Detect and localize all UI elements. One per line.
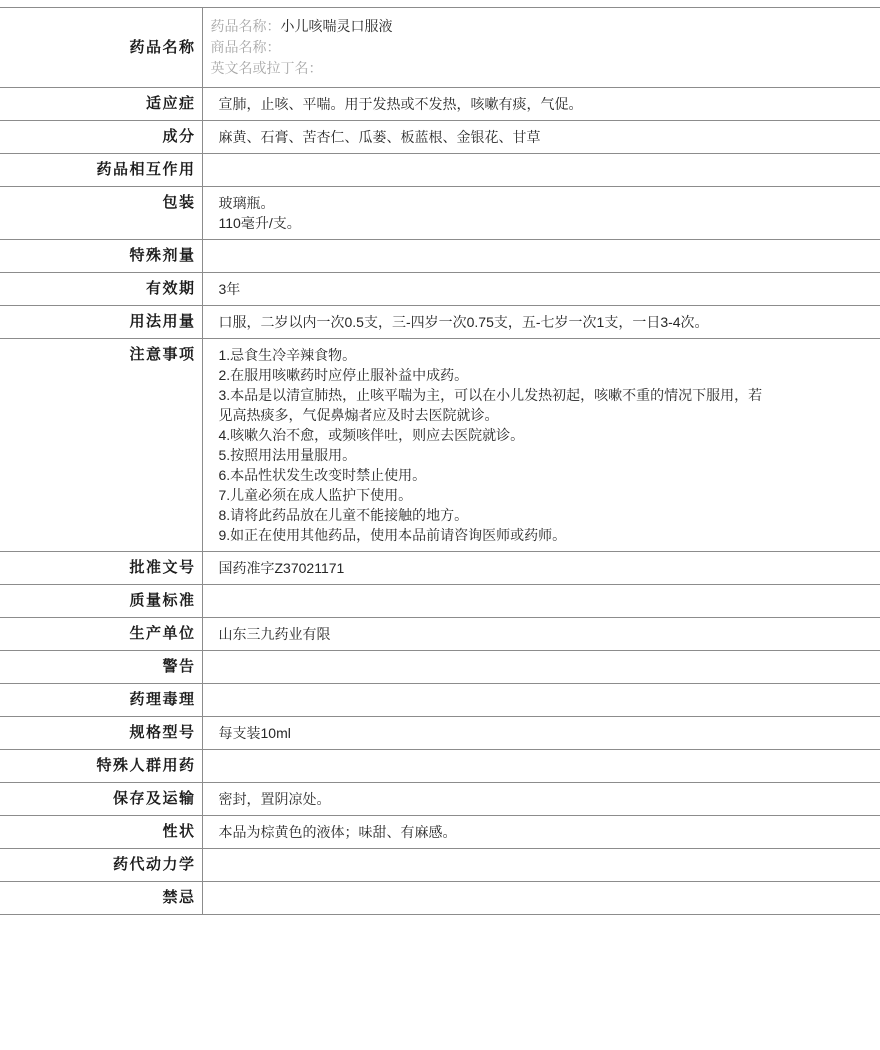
row-value: 玻璃瓶。110毫升/支。 (202, 187, 880, 240)
table-row: 规格型号 每支装10ml (0, 717, 880, 750)
row-label: 性状 (0, 816, 202, 849)
row-value-line: 3.本品是以清宣肺热，止咳平喘为主，可以在小儿发热初起，咳嗽不重的情况下服用，若… (219, 385, 764, 425)
drug-name-field-line: 英文名或拉丁名： (211, 58, 756, 79)
row-value (202, 240, 880, 273)
row-value-line: 6.本品性状发生改变时禁止使用。 (219, 465, 764, 485)
drug-info-table: 药品名称 药品名称：小儿咳喘灵口服液商品名称：英文名或拉丁名： 适应症 宣肺，止… (0, 7, 880, 915)
row-value: 麻黄、石膏、苦杏仁、瓜蒌、板蓝根、金银花、甘草 (202, 121, 880, 154)
row-value: 密封，置阴凉处。 (202, 783, 880, 816)
row-label: 特殊人群用药 (0, 750, 202, 783)
row-value-line: 5.按照用法用量服用。 (219, 445, 764, 465)
row-value-line: 口服，二岁以内一次0.5支，三-四岁一次0.75支，五-七岁一次1支，一日3-4… (219, 312, 764, 332)
table-row: 注意事项 1.忌食生冷辛辣食物。2.在服用咳嗽药时应停止服补益中成药。3.本品是… (0, 339, 880, 552)
row-value-line: 麻黄、石膏、苦杏仁、瓜蒌、板蓝根、金银花、甘草 (219, 127, 764, 147)
row-value: 1.忌食生冷辛辣食物。2.在服用咳嗽药时应停止服补益中成药。3.本品是以清宣肺热… (202, 339, 880, 552)
field-key: 药品名称： (211, 18, 281, 34)
row-value-line: 8.请将此药品放在儿童不能接触的地方。 (219, 505, 764, 525)
row-label: 保存及运输 (0, 783, 202, 816)
field-value: 小儿咳喘灵口服液 (281, 18, 393, 34)
field-key: 英文名或拉丁名： (211, 60, 323, 76)
drug-name-field-line: 商品名称： (211, 37, 756, 58)
row-value-line: 110毫升/支。 (219, 213, 764, 233)
row-value (202, 684, 880, 717)
row-label: 规格型号 (0, 717, 202, 750)
row-value-line: 每支装10ml (219, 723, 764, 743)
row-value-line: 本品为棕黄色的液体；味甜、有麻感。 (219, 822, 764, 842)
table-row: 特殊人群用药 (0, 750, 880, 783)
table-row: 药代动力学 (0, 849, 880, 882)
row-value (202, 154, 880, 187)
row-label: 用法用量 (0, 306, 202, 339)
row-value-line: 9.如正在使用其他药品，使用本品前请咨询医师或药师。 (219, 525, 764, 545)
row-value (202, 585, 880, 618)
row-label: 注意事项 (0, 339, 202, 552)
table-row-drug-name: 药品名称 药品名称：小儿咳喘灵口服液商品名称：英文名或拉丁名： (0, 8, 880, 88)
row-label: 包装 (0, 187, 202, 240)
table-row: 质量标准 (0, 585, 880, 618)
row-value-line: 宣肺，止咳、平喘。用于发热或不发热，咳嗽有痰，气促。 (219, 94, 764, 114)
table-row: 生产单位 山东三九药业有限 (0, 618, 880, 651)
row-label: 生产单位 (0, 618, 202, 651)
drug-info-page: 药品名称 药品名称：小儿咳喘灵口服液商品名称：英文名或拉丁名： 适应症 宣肺，止… (0, 0, 880, 1050)
row-value-line: 国药准字Z37021171 (219, 558, 764, 578)
row-value: 本品为棕黄色的液体；味甜、有麻感。 (202, 816, 880, 849)
row-value: 山东三九药业有限 (202, 618, 880, 651)
row-label: 禁忌 (0, 882, 202, 915)
table-row: 有效期 3年 (0, 273, 880, 306)
row-value-line: 山东三九药业有限 (219, 624, 764, 644)
row-value-line: 玻璃瓶。 (219, 193, 764, 213)
row-label: 药理毒理 (0, 684, 202, 717)
table-row: 药品相互作用 (0, 154, 880, 187)
row-label: 药代动力学 (0, 849, 202, 882)
row-label: 质量标准 (0, 585, 202, 618)
field-key: 商品名称： (211, 39, 281, 55)
row-value: 3年 (202, 273, 880, 306)
row-value-line: 4.咳嗽久治不愈，或频咳伴吐，则应去医院就诊。 (219, 425, 764, 445)
table-row: 警告 (0, 651, 880, 684)
row-label: 特殊剂量 (0, 240, 202, 273)
row-value: 国药准字Z37021171 (202, 552, 880, 585)
row-label: 警告 (0, 651, 202, 684)
table-row: 特殊剂量 (0, 240, 880, 273)
row-value: 每支装10ml (202, 717, 880, 750)
row-label: 批准文号 (0, 552, 202, 585)
row-value-drug-name: 药品名称：小儿咳喘灵口服液商品名称：英文名或拉丁名： (202, 8, 880, 88)
row-value-line: 3年 (219, 279, 764, 299)
table-row: 包装 玻璃瓶。110毫升/支。 (0, 187, 880, 240)
table-row: 性状 本品为棕黄色的液体；味甜、有麻感。 (0, 816, 880, 849)
row-label: 药品相互作用 (0, 154, 202, 187)
row-value (202, 849, 880, 882)
table-row: 用法用量 口服，二岁以内一次0.5支，三-四岁一次0.75支，五-七岁一次1支，… (0, 306, 880, 339)
table-row: 批准文号 国药准字Z37021171 (0, 552, 880, 585)
row-label: 有效期 (0, 273, 202, 306)
table-row: 药理毒理 (0, 684, 880, 717)
row-label-drug-name: 药品名称 (0, 8, 202, 88)
row-value (202, 882, 880, 915)
row-value (202, 651, 880, 684)
row-value-line: 7.儿童必须在成人监护下使用。 (219, 485, 764, 505)
drug-table-body: 药品名称 药品名称：小儿咳喘灵口服液商品名称：英文名或拉丁名： 适应症 宣肺，止… (0, 8, 880, 915)
table-row: 保存及运输 密封，置阴凉处。 (0, 783, 880, 816)
drug-name-field-line: 药品名称：小儿咳喘灵口服液 (211, 16, 756, 37)
row-value: 宣肺，止咳、平喘。用于发热或不发热，咳嗽有痰，气促。 (202, 88, 880, 121)
row-label: 成分 (0, 121, 202, 154)
row-label: 适应症 (0, 88, 202, 121)
row-value-line: 1.忌食生冷辛辣食物。 (219, 345, 764, 365)
row-value-line: 密封，置阴凉处。 (219, 789, 764, 809)
row-value-line: 2.在服用咳嗽药时应停止服补益中成药。 (219, 365, 764, 385)
table-row: 禁忌 (0, 882, 880, 915)
table-row: 适应症 宣肺，止咳、平喘。用于发热或不发热，咳嗽有痰，气促。 (0, 88, 880, 121)
table-row: 成分 麻黄、石膏、苦杏仁、瓜蒌、板蓝根、金银花、甘草 (0, 121, 880, 154)
row-value (202, 750, 880, 783)
row-value: 口服，二岁以内一次0.5支，三-四岁一次0.75支，五-七岁一次1支，一日3-4… (202, 306, 880, 339)
drug-name-fields: 药品名称：小儿咳喘灵口服液商品名称：英文名或拉丁名： (211, 16, 756, 79)
